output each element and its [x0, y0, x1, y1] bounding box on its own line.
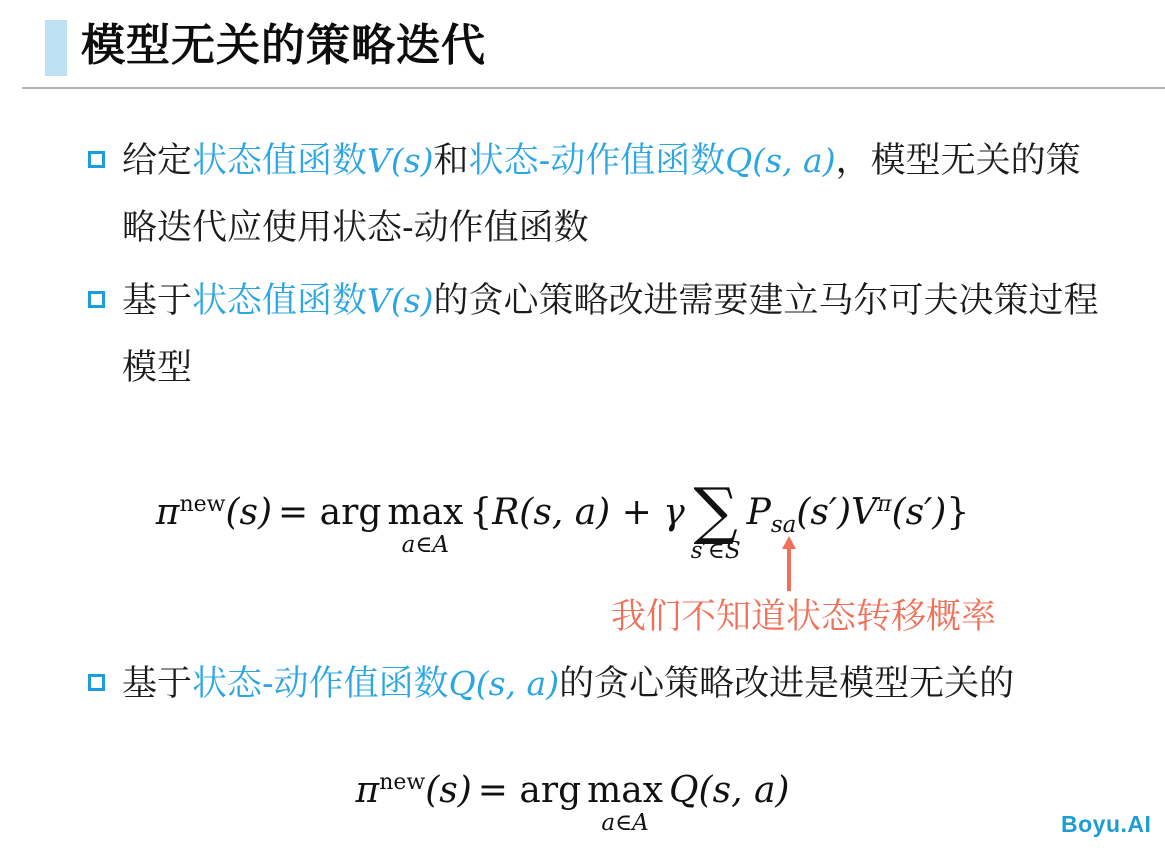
lhs-args: (s): [225, 492, 272, 533]
bullet-v-based-greedy-improvement: 基于状态值函数V(s)的贪心策略改进需要建立马尔可夫决策过程 模型: [88, 267, 1150, 401]
up-arrow-icon: [781, 536, 797, 591]
sum-subscript: s′∈S: [691, 540, 741, 563]
math-v-s: V(s): [367, 141, 434, 180]
equals-arg: = arg: [278, 495, 381, 531]
bullet-q-based-greedy-improvement: 基于状态-动作值函数Q(s, a)的贪心策略改进是模型无关的: [88, 650, 1150, 717]
bullet-line: 略迭代应使用状态-动作值函数: [122, 194, 1150, 261]
max-label: max: [587, 773, 663, 809]
formula-v-based-policy-improvement: πnew(s) = arg maxa∈A {R(s, a) + γ ∑s′∈S …: [0, 478, 1145, 557]
sigma-symbol: ∑: [694, 486, 738, 537]
superscript-new: new: [379, 770, 425, 795]
text-segment: 基于: [122, 664, 192, 703]
reward-gamma: R(s, a) + γ: [492, 492, 685, 533]
max-operator: maxa∈A: [587, 773, 663, 835]
bullet-given-value-functions: 给定状态值函数V(s)和状态-动作值函数Q(s, a)，模型无关的策 略迭代应使…: [88, 127, 1150, 261]
bullet-square-icon: [88, 291, 105, 308]
annotation-unknown-transition-probability: 我们不知道状态转移概率: [611, 589, 996, 639]
max-label: max: [387, 495, 463, 531]
arrow-head: [782, 536, 796, 549]
pi-symbol: π: [156, 492, 180, 533]
close-brace: }: [946, 492, 969, 533]
open-brace: {: [469, 492, 492, 533]
title-divider: [22, 87, 1165, 89]
bullet-square-icon: [88, 674, 105, 691]
equals-arg: = arg: [478, 773, 581, 809]
formula-lhs: πnew(s): [356, 772, 472, 809]
reward-term: {R(s, a) + γ: [469, 495, 685, 531]
math-v-s: V(s): [367, 281, 434, 320]
highlight-state-action-value-function: 状态-动作值函数: [469, 141, 726, 180]
p-symbol: P: [747, 492, 771, 533]
summation-operator: ∑s′∈S: [691, 486, 741, 563]
transition-value-term: Psa(s′)Vπ(s′)}: [747, 494, 970, 537]
highlight-state-action-value-function: 状态-动作值函数: [192, 664, 449, 703]
math-q-s-a: Q(s, a): [725, 141, 835, 180]
text-segment: 基于: [122, 281, 192, 320]
formula-q-based-policy-improvement: πnew(s) = arg maxa∈A Q(s, a): [0, 772, 1155, 835]
text-segment: 的贪心策略改进需要建立马尔可夫决策过程: [434, 281, 1099, 320]
formula-lhs: πnew(s): [156, 494, 272, 531]
bullet-line: 基于状态值函数V(s)的贪心策略改进需要建立马尔可夫决策过程: [122, 267, 1150, 334]
superscript-new: new: [179, 492, 225, 517]
bullet-line: 模型: [122, 334, 1150, 401]
text-segment: 的贪心策略改进是模型无关的: [559, 664, 1014, 703]
p-subscript-sa: sa: [771, 512, 797, 538]
v-superscript-pi: π: [877, 492, 891, 517]
bullet-square-icon: [88, 151, 105, 168]
max-subscript: a∈A: [601, 812, 648, 835]
title-accent-bar: [45, 20, 67, 76]
v-term: (s′)V: [796, 492, 877, 533]
text-segment: ，模型无关的策: [836, 141, 1081, 180]
text-segment: 给定: [122, 141, 192, 180]
text-segment: 模型: [122, 348, 192, 387]
bullet-line: 基于状态-动作值函数Q(s, a)的贪心策略改进是模型无关的: [122, 650, 1150, 717]
highlight-state-value-function: 状态值函数: [192, 141, 367, 180]
highlight-state-value-function: 状态值函数: [192, 281, 367, 320]
math-q-s-a: Q(s, a): [449, 664, 559, 703]
boyu-ai-logo: Boyu.AI: [1061, 811, 1151, 838]
bullet-line: 给定状态值函数V(s)和状态-动作值函数Q(s, a)，模型无关的策: [122, 127, 1150, 194]
pi-symbol: π: [356, 770, 380, 811]
slide: 模型无关的策略迭代 给定状态值函数V(s)和状态-动作值函数Q(s, a)，模型…: [0, 0, 1165, 851]
max-operator: maxa∈A: [387, 495, 463, 557]
text-segment: 和: [434, 141, 469, 180]
slide-title: 模型无关的策略迭代: [81, 18, 486, 74]
text-segment: 略迭代应使用状态-动作值函数: [122, 208, 589, 247]
arrow-shaft: [787, 549, 791, 591]
q-term: Q(s, a): [669, 773, 789, 809]
s-prime-args: (s′): [892, 492, 947, 533]
lhs-args: (s): [425, 770, 472, 811]
max-subscript: a∈A: [402, 534, 449, 557]
